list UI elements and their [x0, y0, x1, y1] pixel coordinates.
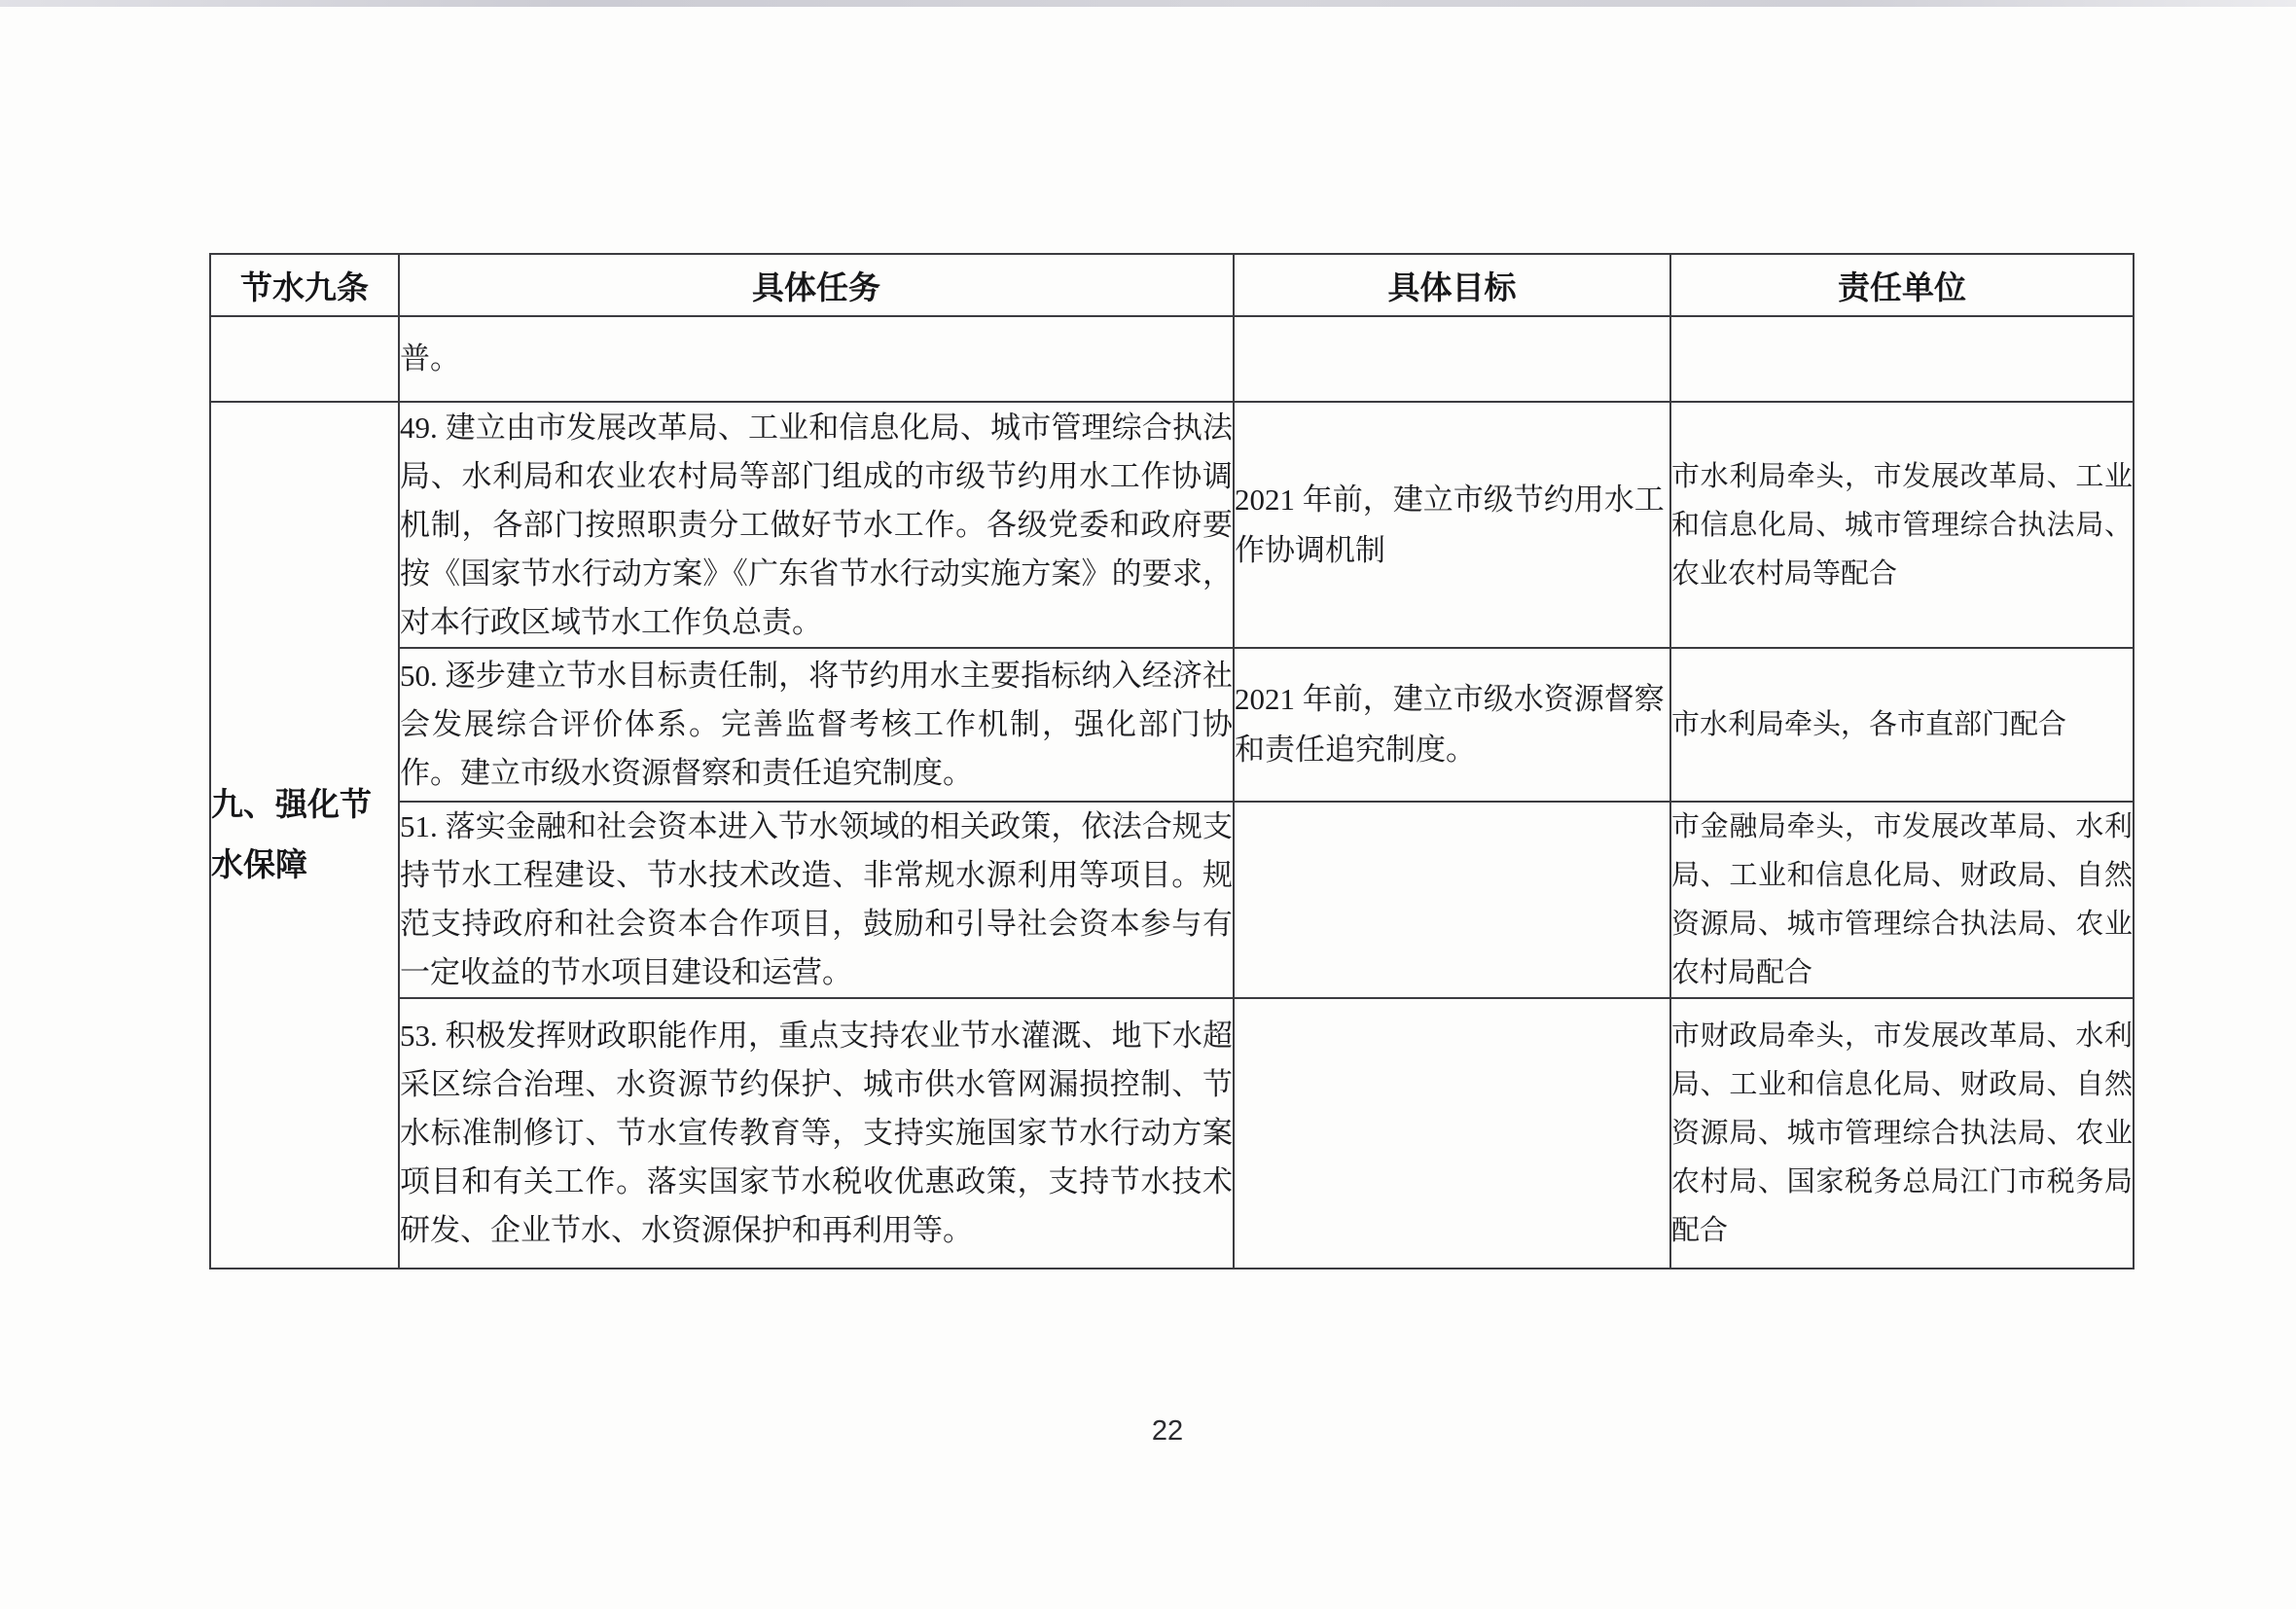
- table-row-51: 51. 落实金融和社会资本进入节水领域的相关政策，依法合规支持节水工程建设、节水…: [210, 802, 2134, 998]
- header-task: 具体任务: [399, 254, 1234, 316]
- table-header-row: 节水九条 具体任务 具体目标 责任单位: [210, 254, 2134, 316]
- cell-unit-50: 市水利局牵头，各市直部门配合: [1670, 648, 2134, 802]
- cell-unit-53: 市财政局牵头，市发展改革局、水利局、工业和信息化局、财政局、自然资源局、城市管理…: [1670, 998, 2134, 1269]
- cell-task-53: 53. 积极发挥财政职能作用，重点支持农业节水灌溉、地下水超采区综合治理、水资源…: [399, 998, 1234, 1269]
- cell-task-51: 51. 落实金融和社会资本进入节水领域的相关政策，依法合规支持节水工程建设、节水…: [399, 802, 1234, 998]
- header-unit: 责任单位: [1670, 254, 2134, 316]
- cell-task-50: 50. 逐步建立节水目标责任制，将节约用水主要指标纳入经济社会发展综合评价体系。…: [399, 648, 1234, 802]
- cell-unit-51: 市金融局牵头，市发展改革局、水利局、工业和信息化局、财政局、自然资源局、城市管理…: [1670, 802, 2134, 998]
- table-row-50: 50. 逐步建立节水目标责任制，将节约用水主要指标纳入经济社会发展综合评价体系。…: [210, 648, 2134, 802]
- cell-category-empty: [210, 316, 399, 402]
- water-saving-task-table: 节水九条 具体任务 具体目标 责任单位 普。 九、强化节水保障 49. 建立由市…: [209, 253, 2135, 1269]
- header-goal: 具体目标: [1234, 254, 1670, 316]
- page-number: 22: [1119, 1415, 1216, 1448]
- cell-goal-49: 2021 年前，建立市级节约用水工作协调机制: [1234, 402, 1670, 648]
- cell-category-merged: 九、强化节水保障: [210, 402, 399, 1269]
- cell-task-49: 49. 建立由市发展改革局、工业和信息化局、城市管理综合执法局、水利局和农业农村…: [399, 402, 1234, 648]
- scan-artifact-line: [0, 0, 2296, 7]
- header-category: 节水九条: [210, 254, 399, 316]
- table-row-continued: 普。: [210, 316, 2134, 402]
- cell-goal-53: [1234, 998, 1670, 1269]
- cell-goal-empty: [1234, 316, 1670, 402]
- table-row-53: 53. 积极发挥财政职能作用，重点支持农业节水灌溉、地下水超采区综合治理、水资源…: [210, 998, 2134, 1269]
- cell-goal-51: [1234, 802, 1670, 998]
- document-page: 节水九条 具体任务 具体目标 责任单位 普。 九、强化节水保障 49. 建立由市…: [0, 0, 2296, 1609]
- cell-task-continued: 普。: [399, 316, 1234, 402]
- cell-goal-50: 2021 年前，建立市级水资源督察和责任追究制度。: [1234, 648, 1670, 802]
- table-row-49: 九、强化节水保障 49. 建立由市发展改革局、工业和信息化局、城市管理综合执法局…: [210, 402, 2134, 648]
- cell-unit-49: 市水利局牵头，市发展改革局、工业和信息化局、城市管理综合执法局、农业农村局等配合: [1670, 402, 2134, 648]
- cell-unit-empty: [1670, 316, 2134, 402]
